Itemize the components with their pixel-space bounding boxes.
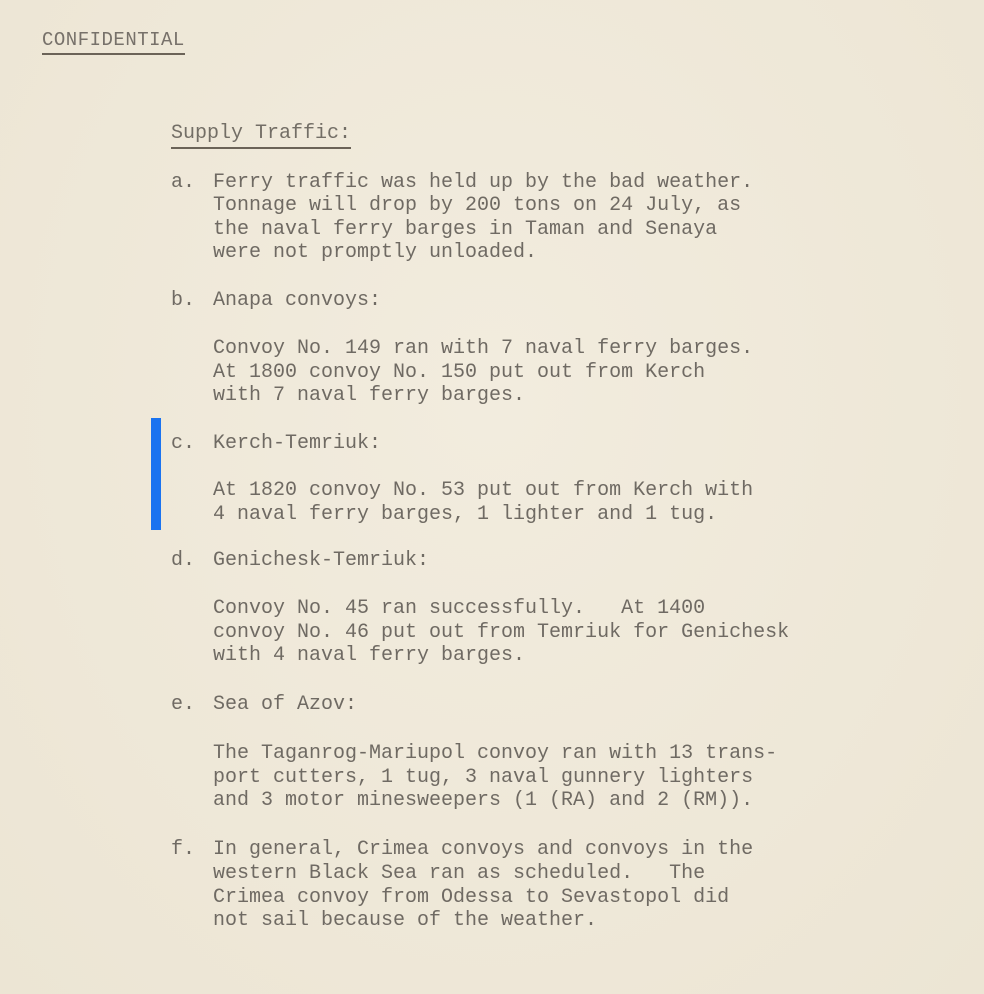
item-e-body: The Taganrog-Mariupol convoy ran with 13… xyxy=(213,742,777,813)
item-f-body: western Black Sea ran as scheduled. The … xyxy=(213,862,729,933)
item-c-heading: c.Kerch-Temriuk: xyxy=(171,432,381,456)
item-a-heading: a.Ferry traffic was held up by the bad w… xyxy=(171,171,753,195)
document-page: CONFIDENTIAL Supply Traffic: a.Ferry tra… xyxy=(0,0,984,994)
item-d-body: Convoy No. 45 ran successfully. At 1400 … xyxy=(213,597,789,668)
item-c-body: At 1820 convoy No. 53 put out from Kerch… xyxy=(213,479,753,526)
item-b-body: Convoy No. 149 ran with 7 naval ferry ba… xyxy=(213,337,753,408)
item-a-body: Tonnage will drop by 200 tons on 24 July… xyxy=(213,194,741,265)
section-title: Supply Traffic: xyxy=(171,122,351,145)
item-f-heading: f.In general, Crimea convoys and convoys… xyxy=(171,838,753,862)
item-b-heading: b.Anapa convoys: xyxy=(171,289,381,313)
highlight-marker xyxy=(151,418,161,530)
item-d-heading: d.Genichesk-Temriuk: xyxy=(171,549,429,573)
item-e-heading: e.Sea of Azov: xyxy=(171,693,357,717)
classification-header: CONFIDENTIAL xyxy=(42,29,185,51)
